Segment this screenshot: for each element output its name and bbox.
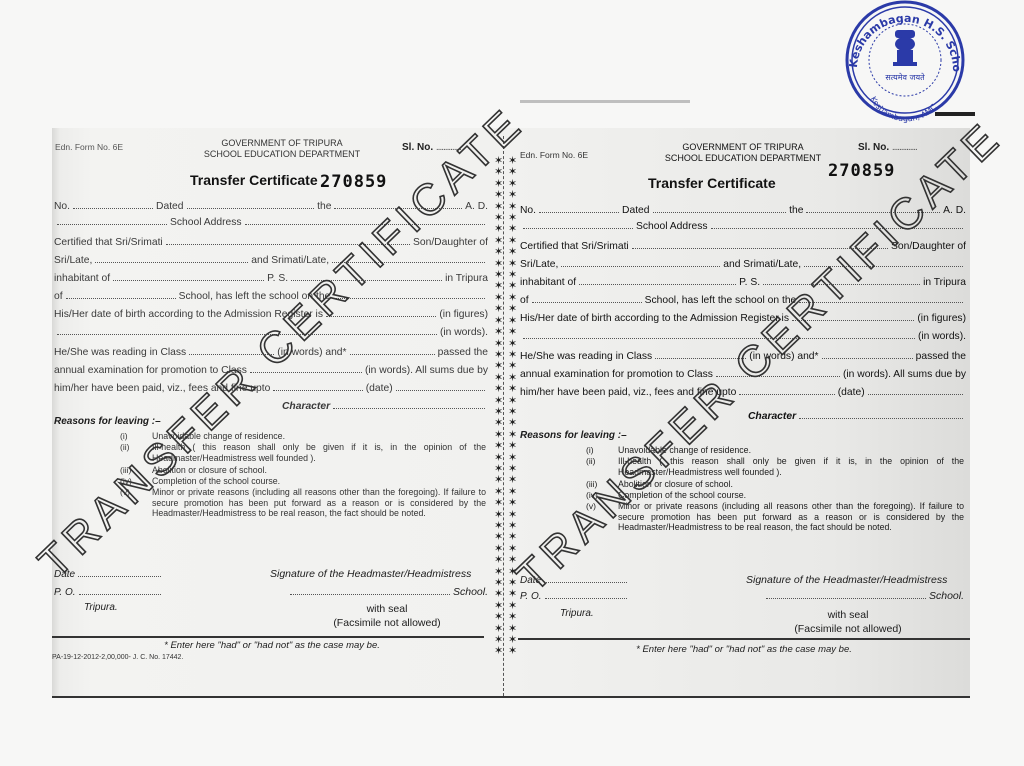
field-inhabitant[interactable] — [579, 276, 736, 285]
field-left-date[interactable] — [799, 294, 963, 303]
scan-smudge — [520, 100, 690, 103]
row-certified: Certified that Sri/SrimatiSon/Daughter o… — [520, 240, 966, 254]
label-left-school: School, has left the school on the — [645, 295, 797, 306]
row-parents: Sri/Late,and Srimati/Late, — [54, 254, 488, 268]
school-signature-row: School. — [287, 586, 488, 598]
label-no: No. — [520, 205, 536, 216]
label-po: P. O. — [54, 587, 76, 598]
svg-text:Keshambagan, AMC: Keshambagan, AMC — [868, 95, 938, 123]
label-in-figures: (in figures) — [917, 313, 966, 324]
label-paid: him/her have been paid, viz., fees and f… — [520, 387, 736, 398]
label-date: (date) — [366, 383, 393, 394]
label-sums: (in words). All sums due by — [843, 369, 966, 380]
certificate-sheet: Edn. Form No. 6E GOVERNMENT OF TRIPURA S… — [52, 128, 970, 698]
row-reading: He/She was reading in Class(in words) an… — [520, 350, 966, 364]
label-in-words: (in words). — [440, 327, 488, 338]
sl-no: Sl. No. .............. — [402, 142, 461, 153]
reason-text: Completion of the school course. — [152, 476, 486, 487]
label-certified: Certified that Sri/Srimati — [54, 237, 163, 248]
field-ps[interactable] — [291, 272, 442, 281]
seal-note: with seal(Facsimile not allowed) — [297, 602, 477, 630]
department-header: GOVERNMENT OF TRIPURA SCHOOL EDUCATION D… — [172, 138, 392, 160]
reason-text: Ill-health ( this reason shall only be g… — [618, 456, 964, 477]
tear-line — [503, 136, 504, 696]
form-number: Edn. Form No. 6E — [520, 150, 588, 160]
label-sums: (in words). All sums due by — [365, 365, 488, 376]
reason-num: (v) — [120, 487, 140, 498]
svg-text:सत्यमेव जयते: सत्यमेव जयते — [885, 72, 925, 82]
label-ps: P. S. — [267, 273, 288, 284]
label-inhabitant: inhabitant of — [54, 273, 110, 284]
label-no: No. — [54, 201, 70, 212]
star-column: ✶✶✶✶✶✶✶✶✶✶✶✶✶✶✶✶✶✶✶✶✶✶✶✶✶✶✶✶✶✶✶✶✶✶✶✶✶✶✶✶… — [508, 156, 516, 658]
row-character: Character — [748, 410, 966, 424]
field-paid-date[interactable] — [396, 382, 485, 391]
label-ps: P. S. — [739, 277, 760, 288]
label-certified: Certified that Sri/Srimati — [520, 241, 629, 252]
date-row: Date — [520, 574, 630, 586]
row-dob-words: (in words). — [54, 326, 488, 340]
field-dob-words[interactable] — [523, 330, 915, 339]
field-student-name[interactable] — [632, 240, 888, 249]
field-no[interactable] — [73, 200, 153, 209]
row-no-dated: No.DatedtheA. D. — [54, 200, 488, 214]
reasons-heading: Reasons for leaving :– — [520, 430, 627, 441]
field-po[interactable] — [545, 590, 628, 599]
reason-text: Completion of the school course. — [618, 490, 964, 501]
reason-num: (i) — [586, 445, 606, 456]
facsimile-note: (Facsimile not allowed) — [758, 622, 938, 636]
field-po[interactable] — [79, 586, 162, 595]
reason-text: Abolition or closure of school. — [618, 479, 964, 490]
star-column: ✶✶✶✶✶✶✶✶✶✶✶✶✶✶✶✶✶✶✶✶✶✶✶✶✶✶✶✶✶✶✶✶✶✶✶✶✶✶✶✶… — [494, 156, 502, 658]
field-sign-date[interactable] — [544, 574, 627, 583]
field-paid-date[interactable] — [868, 386, 963, 395]
row-inhabitant: inhabitant ofP. S.in Tripura — [54, 272, 488, 286]
label-in-words: (in words). — [918, 331, 966, 342]
reason-text: Abolition or closure of school. — [152, 465, 486, 476]
label-in-tripura: in Tripura — [445, 273, 488, 284]
emblem-icon: Keshambagan H.S. School (H/S) Tripura Ke… — [835, 0, 971, 126]
field-school-name[interactable] — [532, 294, 642, 303]
tripura-label: Tripura. — [84, 602, 118, 613]
row-paid: him/her have been paid, viz., fees and f… — [54, 382, 488, 396]
reason-text: Ill-health ( this reason shall only be g… — [152, 442, 486, 463]
stamp-underline — [935, 112, 975, 116]
reason-num: (iii) — [120, 465, 140, 476]
department-header: GOVERNMENT OF TRIPURA SCHOOL EDUCATION D… — [633, 142, 853, 164]
field-sign-date[interactable] — [78, 568, 161, 577]
row-school-address: School Address — [54, 216, 488, 230]
label-son-daughter: Son/Daughter of — [891, 241, 966, 252]
sl-no-dots: .............. — [436, 142, 461, 153]
label-in-tripura: in Tripura — [923, 277, 966, 288]
po-row: P. O. — [54, 586, 164, 598]
field-school[interactable] — [57, 216, 167, 225]
gov-line-2: SCHOOL EDUCATION DEPARTMENT — [172, 149, 392, 160]
reason-item: (v)Minor or private reasons (including a… — [122, 487, 486, 520]
certificate-title: Transfer Certificate — [648, 175, 776, 191]
sl-no-label: Sl. No. — [858, 142, 889, 153]
certificate-right: Edn. Form No. 6E GOVERNMENT OF TRIPURA S… — [518, 128, 970, 696]
reason-num: (iv) — [120, 476, 140, 487]
row-school-address: School Address — [520, 220, 966, 234]
label-left-school: School, has left the school on the — [179, 291, 331, 302]
certificate-title: Transfer Certificate — [190, 172, 318, 188]
reasons-heading: Reasons for leaving :– — [54, 416, 161, 427]
row-parents: Sri/Late,and Srimati/Late, — [520, 258, 966, 272]
row-left-school: ofSchool, has left the school on the — [520, 294, 966, 308]
serial-number: 270859 — [828, 161, 895, 181]
label-dated: Dated — [156, 201, 183, 212]
reason-num: (i) — [120, 431, 140, 442]
label-date-sign: Date — [54, 569, 75, 580]
with-seal: with seal — [297, 602, 477, 616]
gov-line-2: SCHOOL EDUCATION DEPARTMENT — [633, 153, 853, 164]
reason-num: (iii) — [586, 479, 606, 490]
field-dob-figures[interactable] — [326, 308, 436, 317]
divider — [518, 638, 970, 640]
row-character: Character — [282, 400, 488, 414]
row-dob-words: (in words). — [520, 330, 966, 344]
label-passed: passed the — [438, 347, 488, 358]
label-in-figures: (in figures) — [439, 309, 488, 320]
label-inhabitant: inhabitant of — [520, 277, 576, 288]
label-school: School. — [929, 590, 964, 602]
label-the: the — [317, 201, 331, 212]
label-of: of — [520, 295, 529, 306]
reason-num: (ii) — [586, 456, 606, 467]
row-dob: His/Her date of birth according to the A… — [54, 308, 488, 322]
label-paid: him/her have been paid, viz., fees and f… — [54, 383, 270, 394]
reason-item: (iii)Abolition or closure of school. — [122, 465, 486, 476]
field-mother[interactable] — [332, 254, 485, 263]
field-father[interactable] — [561, 258, 720, 267]
row-left-school: ofSchool, has left the school on the — [54, 290, 488, 304]
label-sri-late: Sri/Late, — [54, 255, 92, 266]
label-school: School. — [453, 586, 488, 598]
field-dated[interactable] — [187, 200, 315, 209]
facsimile-note: (Facsimile not allowed) — [297, 616, 477, 630]
divider — [52, 636, 484, 638]
row-annual: annual examination for promotion to Clas… — [54, 364, 488, 378]
label-school-address: School Address — [170, 217, 242, 228]
form-number: Edn. Form No. 6E — [55, 142, 123, 152]
field-school[interactable] — [523, 220, 633, 229]
field-school-address[interactable] — [245, 216, 485, 225]
seal-note: with seal(Facsimile not allowed) — [758, 608, 938, 636]
sl-no-label: Sl. No. — [402, 142, 433, 153]
field-dob-figures[interactable] — [792, 312, 914, 321]
sl-no: Sl. No. .............. — [858, 142, 917, 153]
field-paid-upto[interactable] — [739, 386, 834, 395]
label-son-daughter: Son/Daughter of — [413, 237, 488, 248]
field-the[interactable] — [334, 200, 462, 209]
field-character[interactable] — [799, 410, 963, 419]
perforation-line: ✶✶✶✶✶✶✶✶✶✶✶✶✶✶✶✶✶✶✶✶✶✶✶✶✶✶✶✶✶✶✶✶✶✶✶✶✶✶✶✶… — [494, 156, 516, 676]
reason-text: Unavoidable change of residence. — [618, 445, 964, 456]
label-ad: A. D. — [943, 205, 966, 216]
label-po: P. O. — [520, 591, 542, 602]
label-dob: His/Her date of birth according to the A… — [54, 309, 323, 320]
field-school-address[interactable] — [711, 220, 963, 229]
reason-num: (ii) — [120, 442, 140, 453]
field-dated[interactable] — [653, 204, 787, 213]
field-school-signature[interactable] — [766, 590, 926, 599]
label-in-words-and: (in words) and* — [277, 347, 346, 358]
label-character: Character — [282, 401, 330, 412]
tripura-label: Tripura. — [560, 608, 594, 619]
reason-item: (iv)Completion of the school course. — [588, 490, 964, 501]
reason-item: (v)Minor or private reasons (including a… — [588, 501, 964, 534]
label-date-sign: Date — [520, 575, 541, 586]
signature-label: Signature of the Headmaster/Headmistress — [746, 574, 947, 586]
field-father[interactable] — [95, 254, 248, 263]
gov-line-1: GOVERNMENT OF TRIPURA — [633, 142, 853, 153]
field-student-name[interactable] — [166, 236, 410, 245]
label-ad: A. D. — [465, 201, 488, 212]
gov-line-1: GOVERNMENT OF TRIPURA — [172, 138, 392, 149]
field-no[interactable] — [539, 204, 619, 213]
field-class[interactable] — [189, 346, 274, 355]
label-dob: His/Her date of birth according to the A… — [520, 313, 789, 324]
label-dated: Dated — [622, 205, 649, 216]
date-row: Date — [54, 568, 164, 580]
label-reading: He/She was reading in Class — [520, 351, 652, 362]
field-the[interactable] — [806, 204, 940, 213]
row-inhabitant: inhabitant ofP. S.in Tripura — [520, 276, 966, 290]
serial-number: 270859 — [320, 172, 387, 192]
label-of: of — [54, 291, 63, 302]
reason-item: (i)Unavoidable change of residence. — [588, 445, 964, 456]
sl-no-dots: .............. — [892, 142, 917, 153]
field-school-signature[interactable] — [290, 586, 450, 595]
reason-text: Unavoidable change of residence. — [152, 431, 486, 442]
label-in-words-and: (in words) and* — [749, 351, 818, 362]
reason-num: (v) — [586, 501, 606, 512]
reason-item: (iv)Completion of the school course. — [122, 476, 486, 487]
footnote: * Enter here "had" or "had not" as the c… — [52, 640, 492, 651]
label-date: (date) — [838, 387, 865, 398]
label-passed: passed the — [916, 351, 966, 362]
reason-item: (ii)Ill-health ( this reason shall only … — [122, 442, 486, 464]
label-the: the — [789, 205, 803, 216]
field-character[interactable] — [333, 400, 485, 409]
row-no-dated: No.DatedtheA. D. — [520, 204, 966, 218]
field-mother[interactable] — [804, 258, 963, 267]
reason-text: Minor or private reasons (including all … — [152, 487, 486, 519]
reason-item: (i)Unavoidable change of residence. — [122, 431, 486, 442]
label-reading: He/She was reading in Class — [54, 347, 186, 358]
print-code: PA-19-12-2012-2,00,000- J. C. No. 17442. — [52, 654, 183, 661]
reason-item: (ii)Ill-health ( this reason shall only … — [588, 456, 964, 478]
label-srimati-late: and Srimati/Late, — [251, 255, 329, 266]
label-character: Character — [748, 411, 796, 422]
label-annual: annual examination for promotion to Clas… — [520, 369, 713, 380]
row-reading: He/She was reading in Class(in words) an… — [54, 346, 488, 360]
field-school-name[interactable] — [66, 290, 176, 299]
field-class[interactable] — [655, 350, 746, 359]
row-paid: him/her have been paid, viz., fees and f… — [520, 386, 966, 400]
reason-text: Minor or private reasons (including all … — [618, 501, 964, 533]
field-ps[interactable] — [763, 276, 920, 285]
field-promotion-class[interactable] — [250, 364, 362, 373]
school-seal-stamp: Keshambagan H.S. School (H/S) Tripura Ke… — [835, 0, 971, 126]
row-annual: annual examination for promotion to Clas… — [520, 368, 966, 382]
field-had[interactable] — [350, 346, 435, 355]
field-inhabitant[interactable] — [113, 272, 264, 281]
counterfoil-left: Edn. Form No. 6E GOVERNMENT OF TRIPURA S… — [52, 128, 492, 696]
label-sri-late: Sri/Late, — [520, 259, 558, 270]
label-annual: annual examination for promotion to Clas… — [54, 365, 247, 376]
school-signature-row: School. — [763, 590, 964, 602]
label-srimati-late: and Srimati/Late, — [723, 259, 801, 270]
signature-label: Signature of the Headmaster/Headmistress — [270, 568, 471, 580]
field-left-date[interactable] — [333, 290, 485, 299]
footnote: * Enter here "had" or "had not" as the c… — [518, 644, 970, 655]
field-promotion-class[interactable] — [716, 368, 840, 377]
field-paid-upto[interactable] — [273, 382, 362, 391]
label-school-address: School Address — [636, 221, 708, 232]
reason-item: (iii)Abolition or closure of school. — [588, 479, 964, 490]
po-row: P. O. — [520, 590, 630, 602]
row-dob: His/Her date of birth according to the A… — [520, 312, 966, 326]
with-seal: with seal — [758, 608, 938, 622]
field-dob-words[interactable] — [57, 326, 437, 335]
reason-num: (iv) — [586, 490, 606, 501]
row-certified: Certified that Sri/SrimatiSon/Daughter o… — [54, 236, 488, 250]
field-had[interactable] — [822, 350, 913, 359]
